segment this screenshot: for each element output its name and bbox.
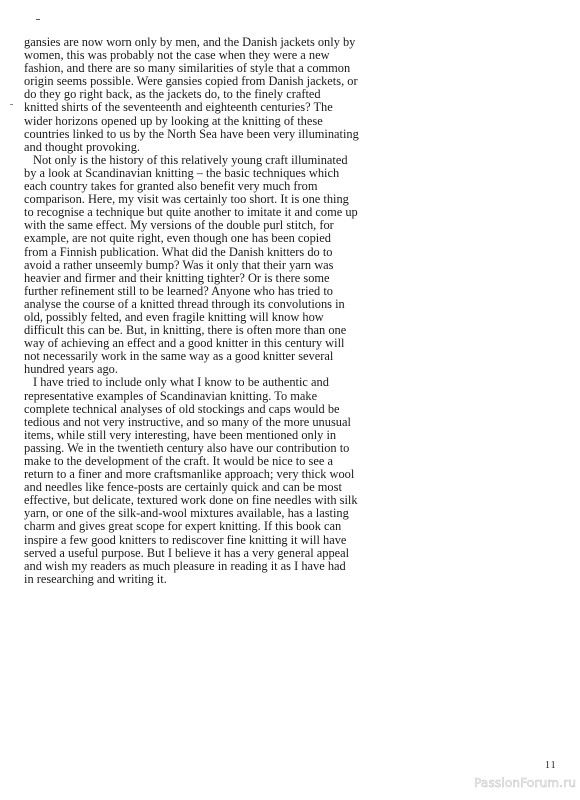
page-number: 11 [545,760,557,771]
text-line: countries linked to us by the North Sea … [24,128,364,141]
text-line: in researching and writing it. [24,573,364,586]
paragraph: gansies are now worn only by men, and th… [24,36,364,154]
text-line: wider horizons opened up by looking at t… [24,115,364,128]
text-line: tedious and not very instructive, and so… [24,416,364,429]
text-line: avoid a rather unseemly bump? Was it onl… [24,259,364,272]
text-line: knitted shirts of the seventeenth and ei… [24,101,364,114]
text-line: Not only is the history of this relative… [24,154,364,167]
watermark: PassionForum.ru [474,776,576,790]
text-line: further refinement still to be learned? … [24,285,364,298]
text-line: and thought provoking. [24,141,364,154]
text-line: from a Finnish publication. What did the… [24,246,364,259]
book-page: gansies are now worn only by men, and th… [0,0,580,800]
paragraph: I have tried to include only what I know… [24,376,364,586]
text-line: charm and gives great scope for expert k… [24,520,364,533]
text-line: served a useful purpose. But I believe i… [24,547,364,560]
text-line: heavier and firmer and their knitting ti… [24,272,364,285]
text-line: representative examples of Scandinavian … [24,390,364,403]
scan-mark [36,19,40,20]
text-line: I have tried to include only what I know… [24,376,364,389]
scan-mark [10,104,13,105]
text-line: example, are not quite right, even thoug… [24,232,364,245]
text-line: complete technical analyses of old stock… [24,403,364,416]
text-line: analyse the course of a knitted thread t… [24,298,364,311]
text-line: items, while still very interesting, hav… [24,429,364,442]
paragraph: Not only is the history of this relative… [24,154,364,377]
text-line: and wish my readers as much pleasure in … [24,560,364,573]
text-line: inspire a few good knitters to rediscove… [24,534,364,547]
body-text: gansies are now worn only by men, and th… [24,36,364,586]
